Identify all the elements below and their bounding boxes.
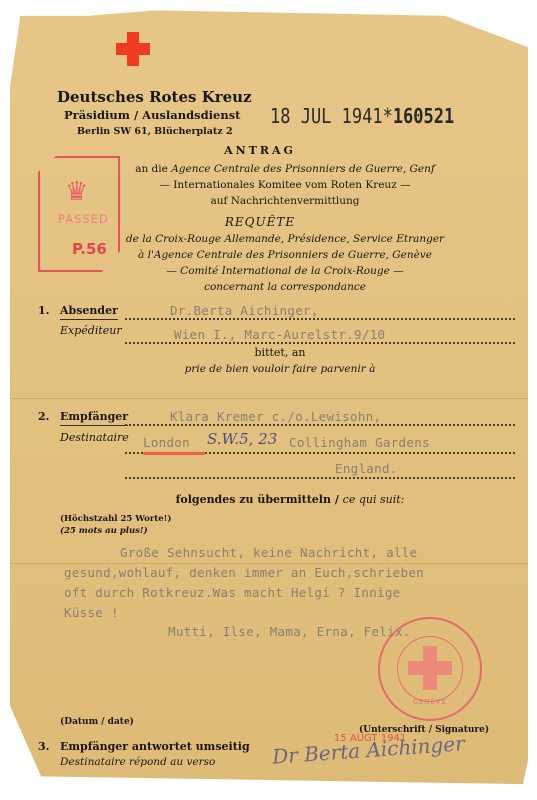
recipient-city: London <box>143 435 190 450</box>
word-limit-de: (Höchstzahl 25 Worte!) <box>60 514 171 524</box>
recipient-name: Klara Kremer c./o.Lewisohn, <box>170 409 381 424</box>
censor-passed-label: PASSED <box>58 212 109 226</box>
requete-line2: à l'Agence Centrale des Prisonniers de G… <box>90 249 480 261</box>
red-cross-icon <box>116 32 150 66</box>
sender-name-line <box>125 318 515 320</box>
message-line-1: Große Sehnsucht, keine Nachricht, alle <box>120 545 417 560</box>
department: Präsidium / Auslandsdienst <box>64 108 240 122</box>
requete-line4: concernant la correspondance <box>90 281 480 293</box>
sender-label-de: Absender <box>60 304 118 320</box>
sender-name: Dr.Berta Aichinger, <box>170 303 319 318</box>
sender-label-fr: Expéditeur <box>60 324 122 337</box>
date-label: (Datum / date) <box>60 717 134 727</box>
icrc-seal: GENÈVE <box>378 617 482 721</box>
message-line-4: Küsse ! <box>64 605 119 620</box>
message-line-2: gesund,wohlauf, denken immer an Euch,sch… <box>64 565 424 580</box>
org-name: Deutsches Rotes Kreuz <box>57 88 252 106</box>
antrag-heading: ANTRAG <box>160 144 360 157</box>
message-intro: folgendes zu übermitteln / ce qui suit: <box>130 493 450 506</box>
sender-request-de: bittet, an <box>180 346 380 359</box>
crown-icon: ♛ <box>65 177 88 207</box>
date-stamp: 18 JUL 1941*160521 <box>270 104 454 128</box>
recipient-district-handwritten: S.W.5, 23 <box>207 430 277 448</box>
message-closing: Mutti, Ilse, Mama, Erna, Felix. <box>168 624 411 639</box>
message-line-3: oft durch Rotkreuz.Was macht Helgi ? Inn… <box>64 585 401 600</box>
recipient-country-line <box>125 477 515 479</box>
word-limit-fr: (25 mots au plus!) <box>60 526 148 536</box>
fold-line <box>10 563 528 564</box>
censor-code: P.56 <box>72 240 107 258</box>
antrag-line1: an die Agence Centrale des Prisonniers d… <box>100 163 470 175</box>
antrag-line2: — Internationales Komitee vom Roten Kreu… <box>100 179 470 191</box>
sender-request-fr: prie de bien vouloir faire parvenir à <box>130 363 430 375</box>
red-underline <box>143 452 205 455</box>
reply-de: Empfänger antwortet umseitig <box>60 740 250 753</box>
reply-number: 3. <box>38 740 49 753</box>
reply-fr: Destinataire répond au verso <box>60 756 215 768</box>
recipient-street: Collingham Gardens <box>289 435 430 450</box>
address: Berlin SW 61, Blücherplatz 2 <box>77 126 233 137</box>
recipient-label-de: Empfänger <box>60 410 128 426</box>
recipient-country: England. <box>335 461 398 476</box>
requete-line3: — Comité International de la Croix-Rouge… <box>90 265 480 277</box>
sender-address: Wien I., Marc-Aurelstr.9/10 <box>174 327 385 342</box>
recipient-label-fr: Destinataire <box>60 431 129 444</box>
requete-line1: de la Croix-Rouge Allemande, Présidence,… <box>90 233 480 245</box>
sender-address-line <box>125 342 515 344</box>
recipient-number: 2. <box>38 410 49 423</box>
sender-number: 1. <box>38 304 49 317</box>
seal-bottom-text: GENÈVE <box>380 699 480 706</box>
fold-line <box>10 398 528 399</box>
requete-heading: REQUÊTE <box>160 215 360 229</box>
antrag-line3: auf Nachrichtenvermittlung <box>100 195 470 207</box>
recipient-name-line <box>125 424 515 426</box>
